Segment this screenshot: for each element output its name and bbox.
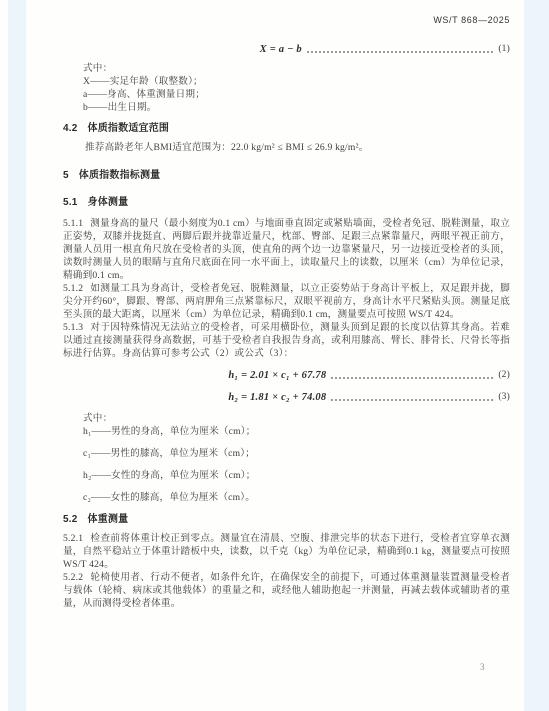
clause-5-1-2-number: 5.1.2 bbox=[63, 283, 83, 294]
where-block-height: 式中： h₁——男性的身高，单位为厘米（cm）； c₁——男性的膝高，单位为厘米… bbox=[63, 412, 510, 504]
formula-age-number: (1) bbox=[498, 43, 510, 56]
heading-5-1: 5.1身体测量 bbox=[63, 196, 510, 209]
formula-height-female-expression: h₂ = 1.81 × c₂ + 74.08 bbox=[228, 391, 326, 404]
formula-height-female: h₂ = 1.81 × c₂ + 74.08 (3) bbox=[63, 389, 510, 405]
where-block-age: 式中： X——实足年龄（取整数）； a——身高、体重测量日期； b——出生日期。 bbox=[63, 62, 510, 114]
heading-5-1-title: 身体测量 bbox=[88, 197, 129, 208]
clause-5-2-1-number: 5.2.1 bbox=[63, 533, 83, 544]
document-viewer: WS/T 868—2025 X = a − b (1) 式中： X——实足年龄（… bbox=[0, 0, 549, 711]
dotted-leader bbox=[331, 376, 493, 379]
formula-height-male: h₁ = 2.01 × c₁ + 67.78 (2) bbox=[63, 367, 510, 383]
where-label: 式中： bbox=[83, 412, 510, 425]
where-label: 式中： bbox=[83, 62, 510, 75]
page-number: 3 bbox=[480, 662, 485, 672]
formula-age-expression: X = a − b bbox=[260, 43, 302, 56]
where-item-c2: c₂——女性的膝高，单位为厘米（cm）。 bbox=[83, 491, 510, 504]
clause-5-2-2: 5.2.2轮椅使用者、行动不便者，如条件允许，在确保安全的前提下，可通过体重测量… bbox=[63, 571, 510, 610]
clause-5-2-2-number: 5.2.2 bbox=[63, 572, 83, 583]
where-item-x: X——实足年龄（取整数）； bbox=[83, 75, 510, 88]
dotted-leader bbox=[331, 398, 493, 401]
heading-5-number: 5 bbox=[63, 170, 69, 181]
bmi-range-text: 推荐高龄老年人BMI适宜范围为：22.0 kg/m² ≤ BMI ≤ 26.9 … bbox=[63, 141, 510, 154]
page-margin-strip-right bbox=[524, 0, 549, 711]
formula-height-male-number: (2) bbox=[498, 369, 510, 382]
document-page: WS/T 868—2025 X = a − b (1) 式中： X——实足年龄（… bbox=[63, 0, 510, 610]
clause-5-1-1: 5.1.1测量身高的量尺（最小刻度为0.1 cm）与地面垂直固定或紧贴墙面，受检… bbox=[63, 217, 510, 282]
clause-5-2-1: 5.2.1检查前将体重计校正到零点。测量宜在清晨、空腹、排泄完毕的状态下进行，受… bbox=[63, 532, 510, 571]
clause-5-2-2-text: 轮椅使用者、行动不便者，如条件允许，在确保安全的前提下，可通过体重测量装置测量受… bbox=[63, 572, 510, 609]
heading-4-2-number: 4.2 bbox=[63, 123, 78, 134]
clause-5-1-1-number: 5.1.1 bbox=[63, 218, 83, 229]
where-item-c1: c₁——男性的膝高，单位为厘米（cm）； bbox=[83, 447, 510, 460]
clause-5-2-1-text: 检查前将体重计校正到零点。测量宜在清晨、空腹、排泄完毕的状态下进行，受检者宜穿单… bbox=[63, 533, 510, 570]
where-item-h2: h₂——女性的身高，单位为厘米（cm）； bbox=[83, 469, 510, 482]
heading-5-title: 体质指数指标测量 bbox=[79, 170, 161, 181]
clause-5-1-3-number: 5.1.3 bbox=[63, 322, 83, 333]
clause-5-1-3-text: 对于因特殊情况无法站立的受检者，可采用横卧位，测量头顶到足跟的长度以估算其身高。… bbox=[63, 322, 510, 359]
where-item-a: a——身高、体重测量日期； bbox=[83, 88, 510, 101]
clause-5-1-2: 5.1.2如测量工具为身高计，受检者免冠、脱鞋测量，以立正姿势站于身高计平板上，… bbox=[63, 282, 510, 321]
page-margin-strip-left bbox=[8, 0, 26, 711]
where-item-h1: h₁——男性的身高，单位为厘米（cm）； bbox=[83, 425, 510, 438]
clause-5-1-3: 5.1.3对于因特殊情况无法站立的受检者，可采用横卧位，测量头顶到足跟的长度以估… bbox=[63, 321, 510, 360]
heading-4-2-title: 体质指数适宜范围 bbox=[88, 123, 170, 134]
doc-code-header: WS/T 868—2025 bbox=[63, 14, 510, 27]
heading-5-2-title: 体重测量 bbox=[88, 514, 129, 525]
heading-5-2: 5.2体重测量 bbox=[63, 513, 510, 526]
heading-5: 5体质指数指标测量 bbox=[63, 169, 510, 182]
formula-height-male-expression: h₁ = 2.01 × c₁ + 67.78 bbox=[228, 369, 326, 382]
heading-5-2-number: 5.2 bbox=[63, 514, 78, 525]
dotted-leader bbox=[307, 50, 493, 53]
formula-height-female-number: (3) bbox=[498, 391, 510, 404]
heading-5-1-number: 5.1 bbox=[63, 197, 78, 208]
formula-age: X = a − b (1) bbox=[63, 41, 510, 57]
clause-5-1-1-text: 测量身高的量尺（最小刻度为0.1 cm）与地面垂直固定或紧贴墙面，受检者免冠、脱… bbox=[63, 218, 510, 281]
clause-5-1-2-text: 如测量工具为身高计，受检者免冠、脱鞋测量，以立正姿势站于身高计平板上，双足跟并拢… bbox=[63, 283, 510, 320]
where-item-b: b——出生日期。 bbox=[83, 101, 510, 114]
heading-4-2: 4.2体质指数适宜范围 bbox=[63, 122, 510, 135]
